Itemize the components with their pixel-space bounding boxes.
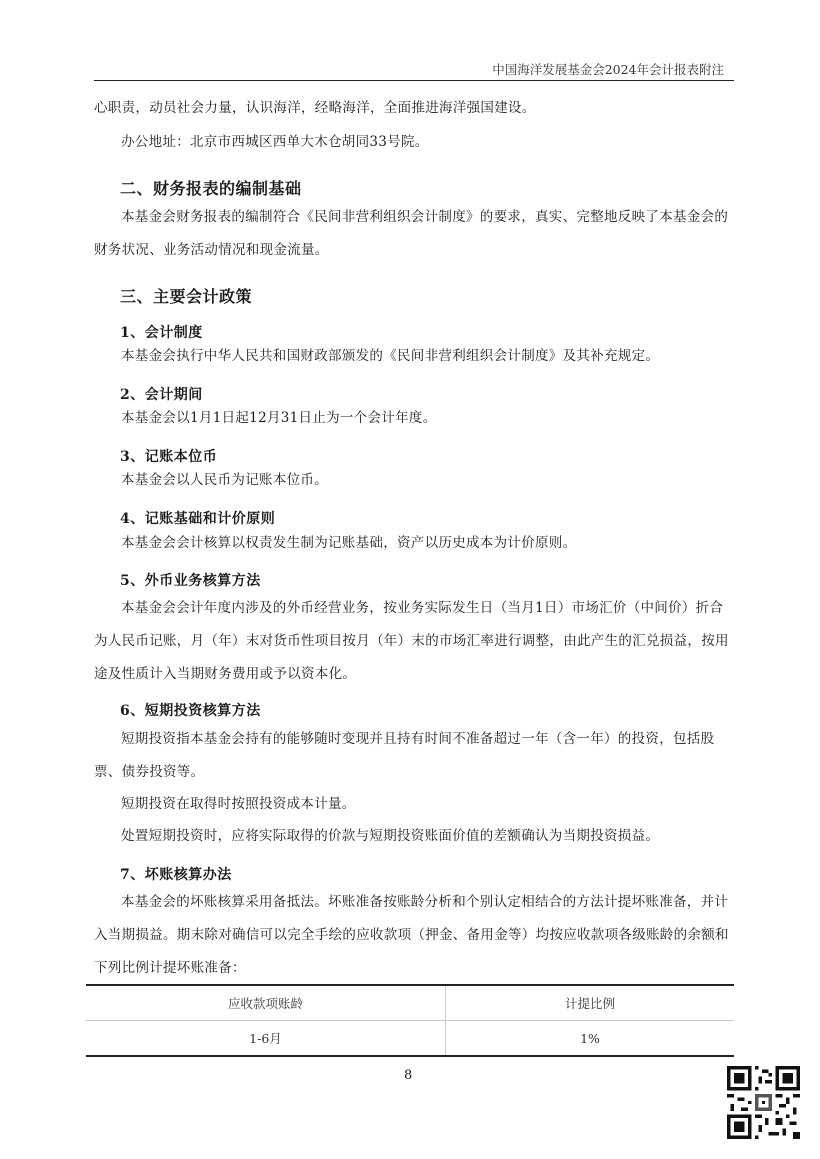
- policy-body-3: 本基金会以人民币为记账本位币。: [94, 464, 734, 497]
- policy-heading-1: 1、会计制度: [120, 322, 203, 342]
- policy-body-5: 本基金会会计年度内涉及的外币经营业务，按业务实际发生日（当月1日）市场汇价（中间…: [94, 592, 734, 691]
- table-cell-aging: 1-6月: [86, 1021, 446, 1057]
- policy-heading-4: 4、记账基础和计价原则: [120, 508, 275, 528]
- bad-debt-ratio-table: 应收款项账龄 计提比例 1-6月 1%: [86, 984, 734, 1057]
- policy-heading-5: 5、外币业务核算方法: [120, 570, 261, 590]
- section2-title: 二、财务报表的编制基础: [120, 176, 302, 199]
- policy-body-1: 本基金会执行中华人民共和国财政部颁发的《民间非营利组织会计制度》及其补充规定。: [94, 340, 734, 373]
- section2-body: 本基金会财务报表的编制符合《民间非营利组织会计制度》的要求，真实、完整地反映了本…: [94, 201, 734, 267]
- policy-body-6c: 处置短期投资时，应将实际取得的价款与短期投资账面价值的差额确认为当期投资损益。: [94, 820, 734, 853]
- table-header-ratio: 计提比例: [446, 985, 735, 1021]
- table-header-aging: 应收款项账龄: [86, 985, 446, 1021]
- policy-heading-3: 3、记账本位币: [120, 446, 217, 466]
- policy-body-6a: 短期投资指本基金会持有的能够随时变现并且持有时间不准备超过一年（含一年）的投资，…: [94, 723, 734, 789]
- policy-body-6b: 短期投资在取得时按照投资成本计量。: [94, 788, 734, 821]
- policy-body-7: 本基金会的坏账核算采用备抵法。坏账准备按账龄分析和个别认定相结合的方法计提坏账准…: [94, 886, 734, 985]
- intro-continuation: 心职责，动员社会力量，认识海洋，经略海洋，全面推进海洋强国建设。: [94, 92, 734, 125]
- policy-body-2: 本基金会以1月1日起12月31日止为一个会计年度。: [94, 402, 734, 435]
- header-title: 中国海洋发展基金会2024年会计报表附注: [492, 60, 724, 78]
- policy-heading-7: 7、坏账核算办法: [120, 864, 232, 884]
- policy-body-4: 本基金会会计核算以权责发生制为记账基础，资产以历史成本为计价原则。: [94, 527, 734, 560]
- table-cell-ratio: 1%: [446, 1021, 735, 1057]
- page-header: 中国海洋发展基金会2024年会计报表附注: [94, 58, 734, 81]
- office-address: 办公地址：北京市西城区西单大木仓胡同33号院。: [94, 126, 734, 159]
- table-header-row: 应收款项账龄 计提比例: [86, 985, 734, 1021]
- qr-code-icon: [727, 1066, 800, 1139]
- page-number: 8: [404, 1068, 412, 1083]
- policy-heading-2: 2、会计期间: [120, 384, 203, 404]
- section3-title: 三、主要会计政策: [120, 284, 252, 307]
- table-row: 1-6月 1%: [86, 1021, 734, 1057]
- policy-heading-6: 6、短期投资核算方法: [120, 700, 261, 720]
